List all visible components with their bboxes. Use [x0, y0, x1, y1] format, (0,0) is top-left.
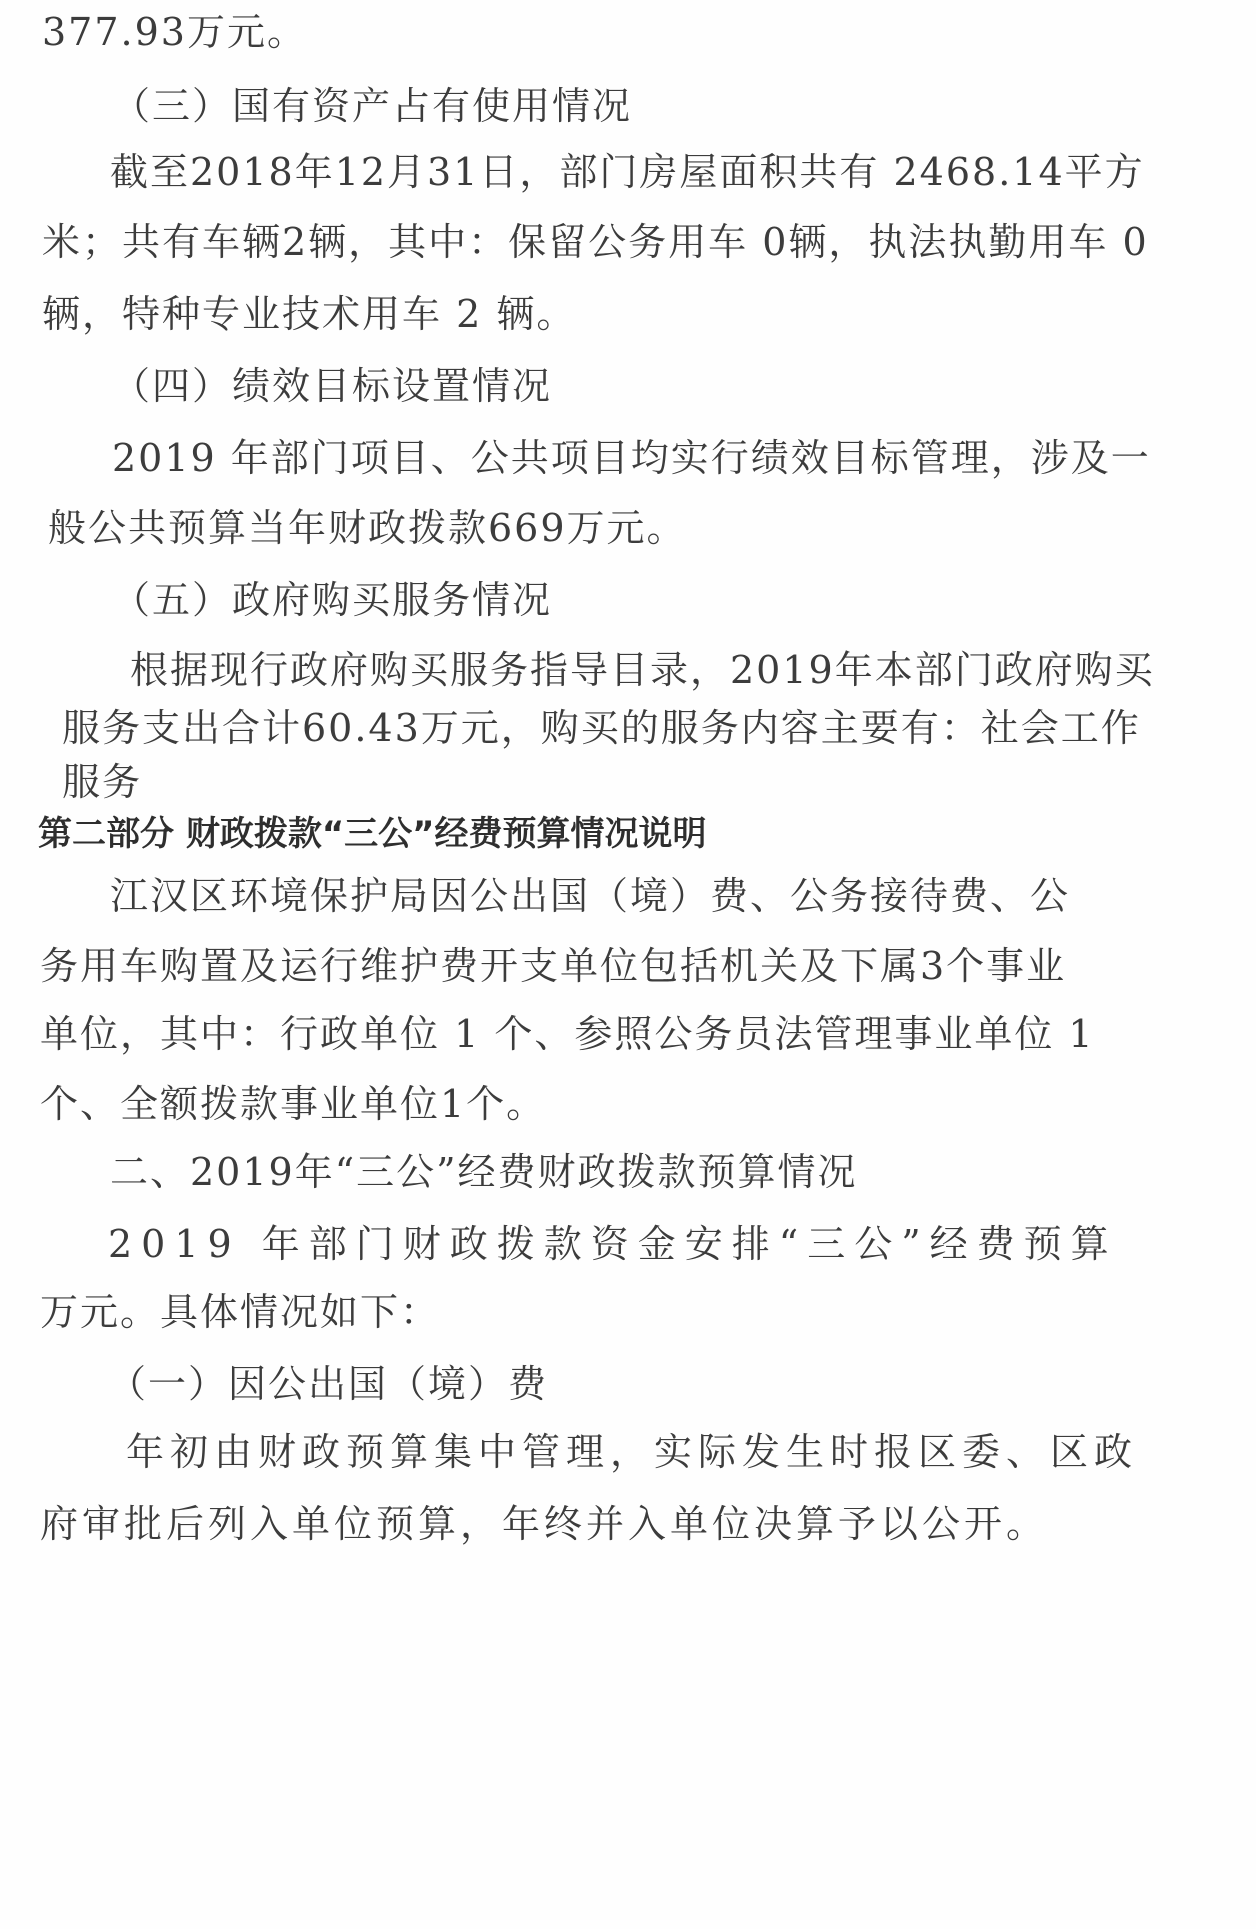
section-heading-overseas-travel: （一）因公出国（境）费	[108, 1362, 548, 1406]
paragraph-assets-line-3: 辆，特种专业技术用车 2 辆。	[42, 292, 576, 336]
paragraph-performance-line-2: 般公共预算当年财政拨款669万元。	[48, 506, 687, 550]
paragraph-performance-line-1: 2019 年部门项目、公共项目均实行绩效目标管理，涉及一	[112, 436, 1151, 480]
paragraph-assets-line-1: 截至2018年12月31日，部门房屋面积共有 2468.14平方	[110, 150, 970, 194]
paragraph-units-line-3: 单位，其中：行政单位 1 个、参照公务员法管理事业单位 1	[40, 1012, 1095, 1056]
paragraph-procurement-line-3: 服务	[62, 760, 142, 804]
paragraph-procurement-line-1: 根据现行政府购买服务指导目录，2019年本部门政府购买	[130, 648, 1155, 692]
section-heading-performance-goals: （四）绩效目标设置情况	[112, 364, 552, 408]
paragraph-units-line-1: 江汉区环境保护局因公出国（境）费、公务接待费、公	[110, 874, 1070, 918]
paragraph-budget-line-2: 万元。具体情况如下：	[40, 1290, 440, 1334]
paragraph-assets-line-2: 米；共有车辆2辆，其中：保留公务用车 0辆，执法执勤用车 0	[42, 220, 972, 264]
paragraph-units-line-4: 个、全额拨款事业单位1个。	[40, 1082, 546, 1126]
paragraph-units-line-2: 务用车购置及运行维护费开支单位包括机关及下属3个事业	[40, 944, 1066, 988]
section-heading-state-assets: （三）国有资产占有使用情况	[112, 84, 632, 128]
section-heading-government-procurement: （五）政府购买服务情况	[112, 578, 552, 622]
paragraph-overseas-line-2: 府审批后列入单位预算，年终并入单位决算予以公开。	[40, 1502, 1048, 1546]
paragraph-budget-line-1: 2019 年部门财政拨款资金安排“三公”经费预算	[108, 1222, 1118, 1266]
paragraph-continuation-amount: 377.93万元。	[42, 10, 307, 54]
paragraph-overseas-line-1: 年初由财政预算集中管理，实际发生时报区委、区政	[126, 1430, 1138, 1474]
section-heading-three-public-budget: 二、2019年“三公”经费财政拨款预算情况	[110, 1150, 858, 1194]
part-two-title: 第二部分 财政拨款“三公”经费预算情况说明	[38, 812, 707, 856]
document-page: 377.93万元。 （三）国有资产占有使用情况 截至2018年12月31日，部门…	[0, 0, 1256, 1929]
paragraph-procurement-line-2: 服务支出合计60.43万元，购买的服务内容主要有：社会工作	[62, 706, 1141, 750]
